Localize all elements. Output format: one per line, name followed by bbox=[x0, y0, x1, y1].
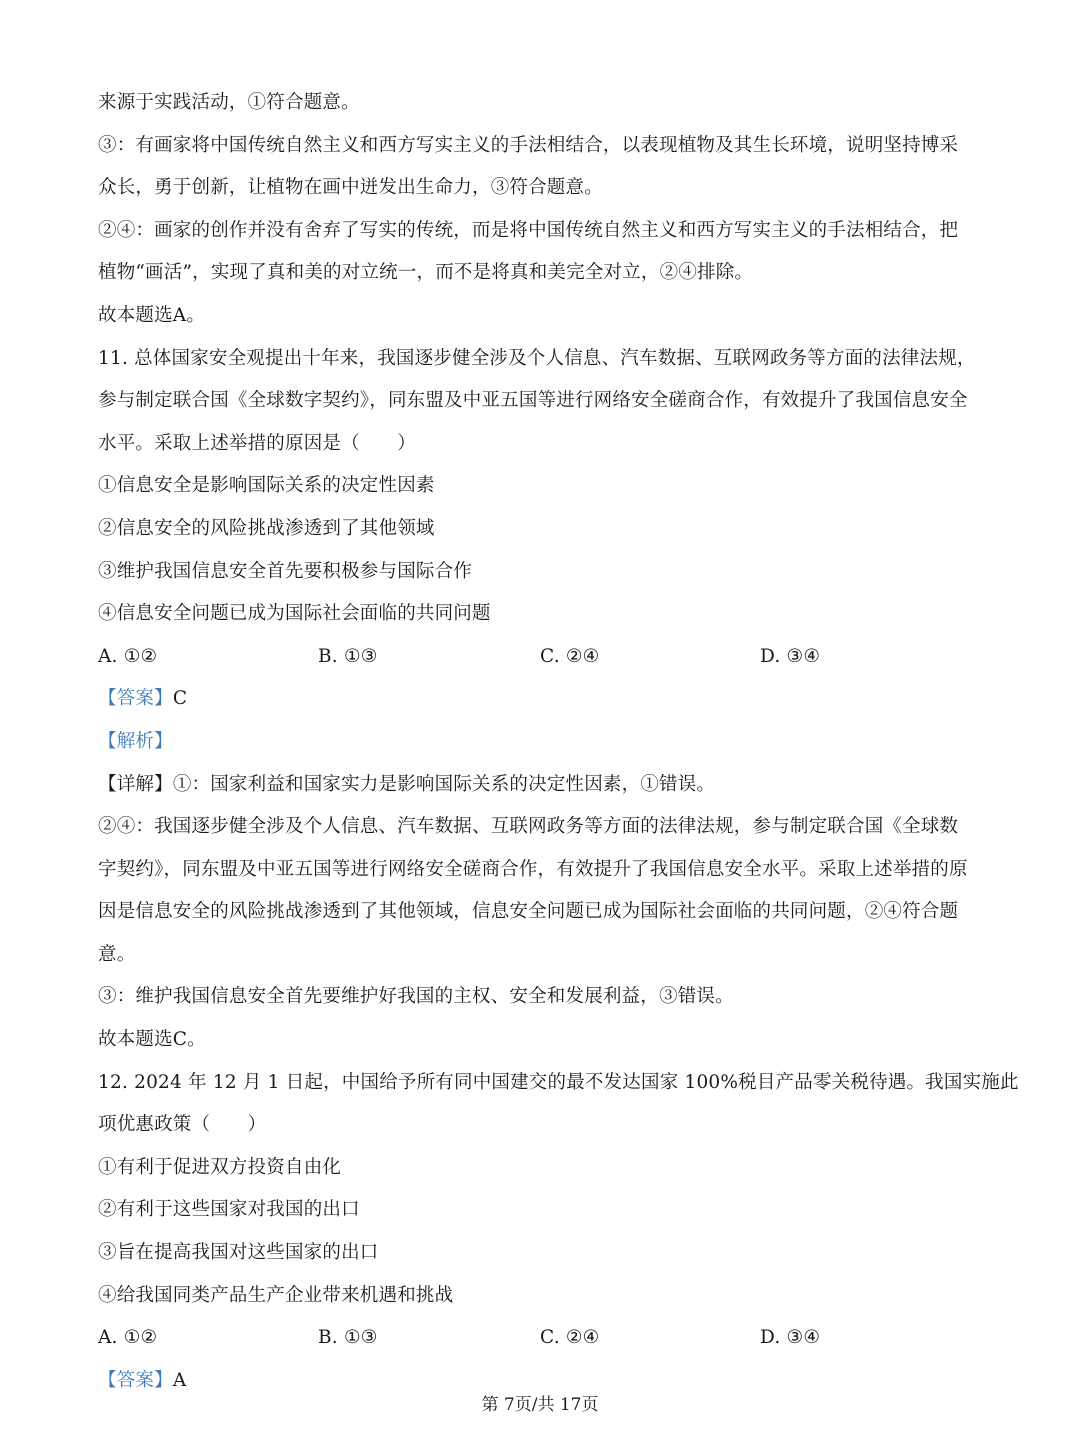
statement-item: ①有利于促进双方投资自由化 bbox=[98, 1147, 988, 1190]
question-11-stem: 水平。采取上述举措的原因是（ ） bbox=[98, 423, 988, 466]
answer-line: 【答案】C bbox=[98, 678, 988, 721]
question-12-stem: 项优惠政策（ ） bbox=[98, 1104, 988, 1147]
option-d: D. ③④ bbox=[760, 1317, 820, 1360]
option-a: A. ①② bbox=[98, 1317, 157, 1360]
question-11-options: A. ①② B. ①③ C. ②④ D. ③④ bbox=[98, 636, 988, 679]
paragraph-line: ③：有画家将中国传统自然主义和西方写实主义的手法相结合，以表现植物及其生长环境，… bbox=[98, 125, 988, 168]
analysis-tag: 【解析】 bbox=[98, 731, 173, 752]
paragraph-line: ②④：画家的创作并没有舍弃了写实的传统，而是将中国传统自然主义和西方写实主义的手… bbox=[98, 210, 988, 253]
detail-line: 意。 bbox=[98, 934, 988, 977]
detail-tag: 【详解】 bbox=[98, 774, 173, 795]
conclusion-line: 故本题选A。 bbox=[98, 295, 988, 338]
paragraph-line: 众长，勇于创新，让植物在画中迸发出生命力，③符合题意。 bbox=[98, 167, 988, 210]
answer-value: C bbox=[173, 688, 187, 709]
paragraph-line: 来源于实践活动，①符合题意。 bbox=[98, 82, 988, 125]
document-page: 来源于实践活动，①符合题意。 ③：有画家将中国传统自然主义和西方写实主义的手法相… bbox=[98, 82, 988, 1402]
answer-tag: 【答案】 bbox=[98, 1370, 173, 1391]
question-12-stem: 12. 2024 年 12 月 1 日起，中国给予所有同中国建交的最不发达国家 … bbox=[98, 1062, 988, 1105]
question-11-stem: 参与制定联合国《全球数字契约》，同东盟及中亚五国等进行网络安全磋商合作，有效提升… bbox=[98, 380, 988, 423]
statement-item: ③旨在提高我国对这些国家的出口 bbox=[98, 1232, 988, 1275]
statement-item: ④信息安全问题已成为国际社会面临的共同问题 bbox=[98, 593, 988, 636]
option-d: D. ③④ bbox=[760, 636, 820, 679]
statement-item: ④给我国同类产品生产企业带来机遇和挑战 bbox=[98, 1275, 988, 1318]
detail-line: 因是信息安全的风险挑战渗透到了其他领域，信息安全问题已成为国际社会面临的共同问题… bbox=[98, 891, 988, 934]
statement-item: ②信息安全的风险挑战渗透到了其他领域 bbox=[98, 508, 988, 551]
detail-line: ③：维护我国信息安全首先要维护好我国的主权、安全和发展利益，③错误。 bbox=[98, 976, 988, 1019]
analysis-line: 【解析】 bbox=[98, 721, 988, 764]
paragraph-line: 植物“画活”，实现了真和美的对立统一，而不是将真和美完全对立，②④排除。 bbox=[98, 252, 988, 295]
statement-item: ①信息安全是影响国际关系的决定性因素 bbox=[98, 465, 988, 508]
question-12-options: A. ①② B. ①③ C. ②④ D. ③④ bbox=[98, 1317, 988, 1360]
option-a: A. ①② bbox=[98, 636, 157, 679]
answer-tag: 【答案】 bbox=[98, 688, 173, 709]
option-b: B. ①③ bbox=[318, 1317, 378, 1360]
detail-line: 【详解】①：国家利益和国家实力是影响国际关系的决定性因素，①错误。 bbox=[98, 764, 988, 807]
detail-line: 字契约》，同东盟及中亚五国等进行网络安全磋商合作，有效提升了我国信息安全水平。采… bbox=[98, 849, 988, 892]
option-c: C. ②④ bbox=[540, 1317, 599, 1360]
conclusion-line: 故本题选C。 bbox=[98, 1019, 988, 1062]
answer-value: A bbox=[173, 1370, 187, 1391]
detail-text: ①：国家利益和国家实力是影响国际关系的决定性因素，①错误。 bbox=[173, 774, 715, 795]
option-b: B. ①③ bbox=[318, 636, 378, 679]
detail-line: ②④：我国逐步健全涉及个人信息、汽车数据、互联网政务等方面的法律法规，参与制定联… bbox=[98, 806, 988, 849]
statement-item: ③维护我国信息安全首先要积极参与国际合作 bbox=[98, 551, 988, 594]
page-number-footer: 第 7页/共 17页 bbox=[0, 1392, 1080, 1418]
question-11-stem: 11. 总体国家安全观提出十年来，我国逐步健全涉及个人信息、汽车数据、互联网政务… bbox=[98, 338, 988, 381]
option-c: C. ②④ bbox=[540, 636, 599, 679]
statement-item: ②有利于这些国家对我国的出口 bbox=[98, 1189, 988, 1232]
